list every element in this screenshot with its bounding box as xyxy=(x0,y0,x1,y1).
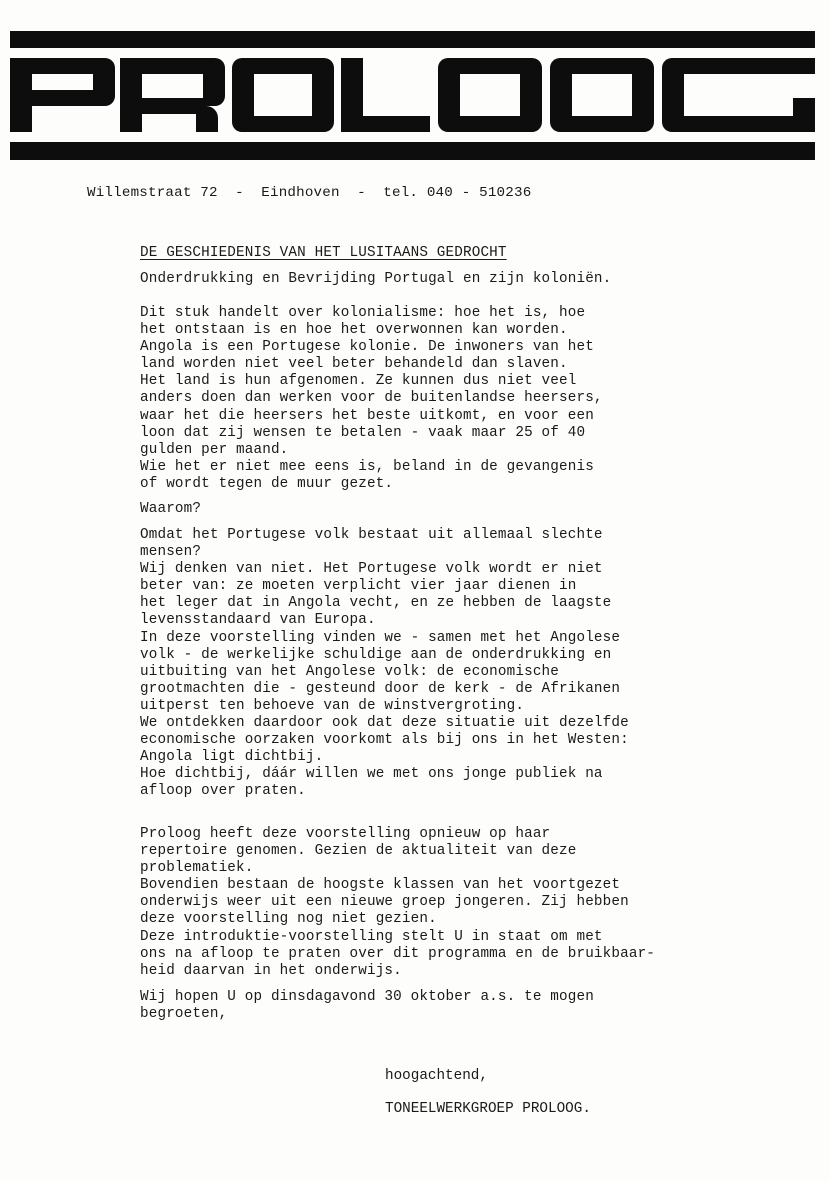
paragraph-invitation: Wij hopen U op dinsdagavond 30 oktober a… xyxy=(140,989,594,1023)
paragraph-answer: Omdat het Portugese volk bestaat uit all… xyxy=(140,527,629,801)
letter-subtitle: Onderdrukking en Bevrijding Portugal en … xyxy=(140,271,611,288)
paragraph-intro: Dit stuk handelt over kolonialisme: hoe … xyxy=(140,305,603,493)
paragraph-question: Waarom? xyxy=(140,501,201,518)
logo-bottom-bar xyxy=(10,142,815,160)
logo-top-bar xyxy=(10,31,815,48)
proloog-logo: PROLOOG xyxy=(10,58,815,132)
letterhead-address: Willemstraat 72 - Eindhoven - tel. 040 -… xyxy=(87,185,531,201)
letter-signature: TONEELWERKGROEP PROLOOG. xyxy=(385,1101,591,1117)
letter-title: DE GESCHIEDENIS VAN HET LUSITAANS GEDROC… xyxy=(140,245,507,262)
paragraph-repertoire: Proloog heeft deze voorstelling opnieuw … xyxy=(140,826,655,980)
letter-closing: hoogachtend, xyxy=(385,1068,488,1084)
